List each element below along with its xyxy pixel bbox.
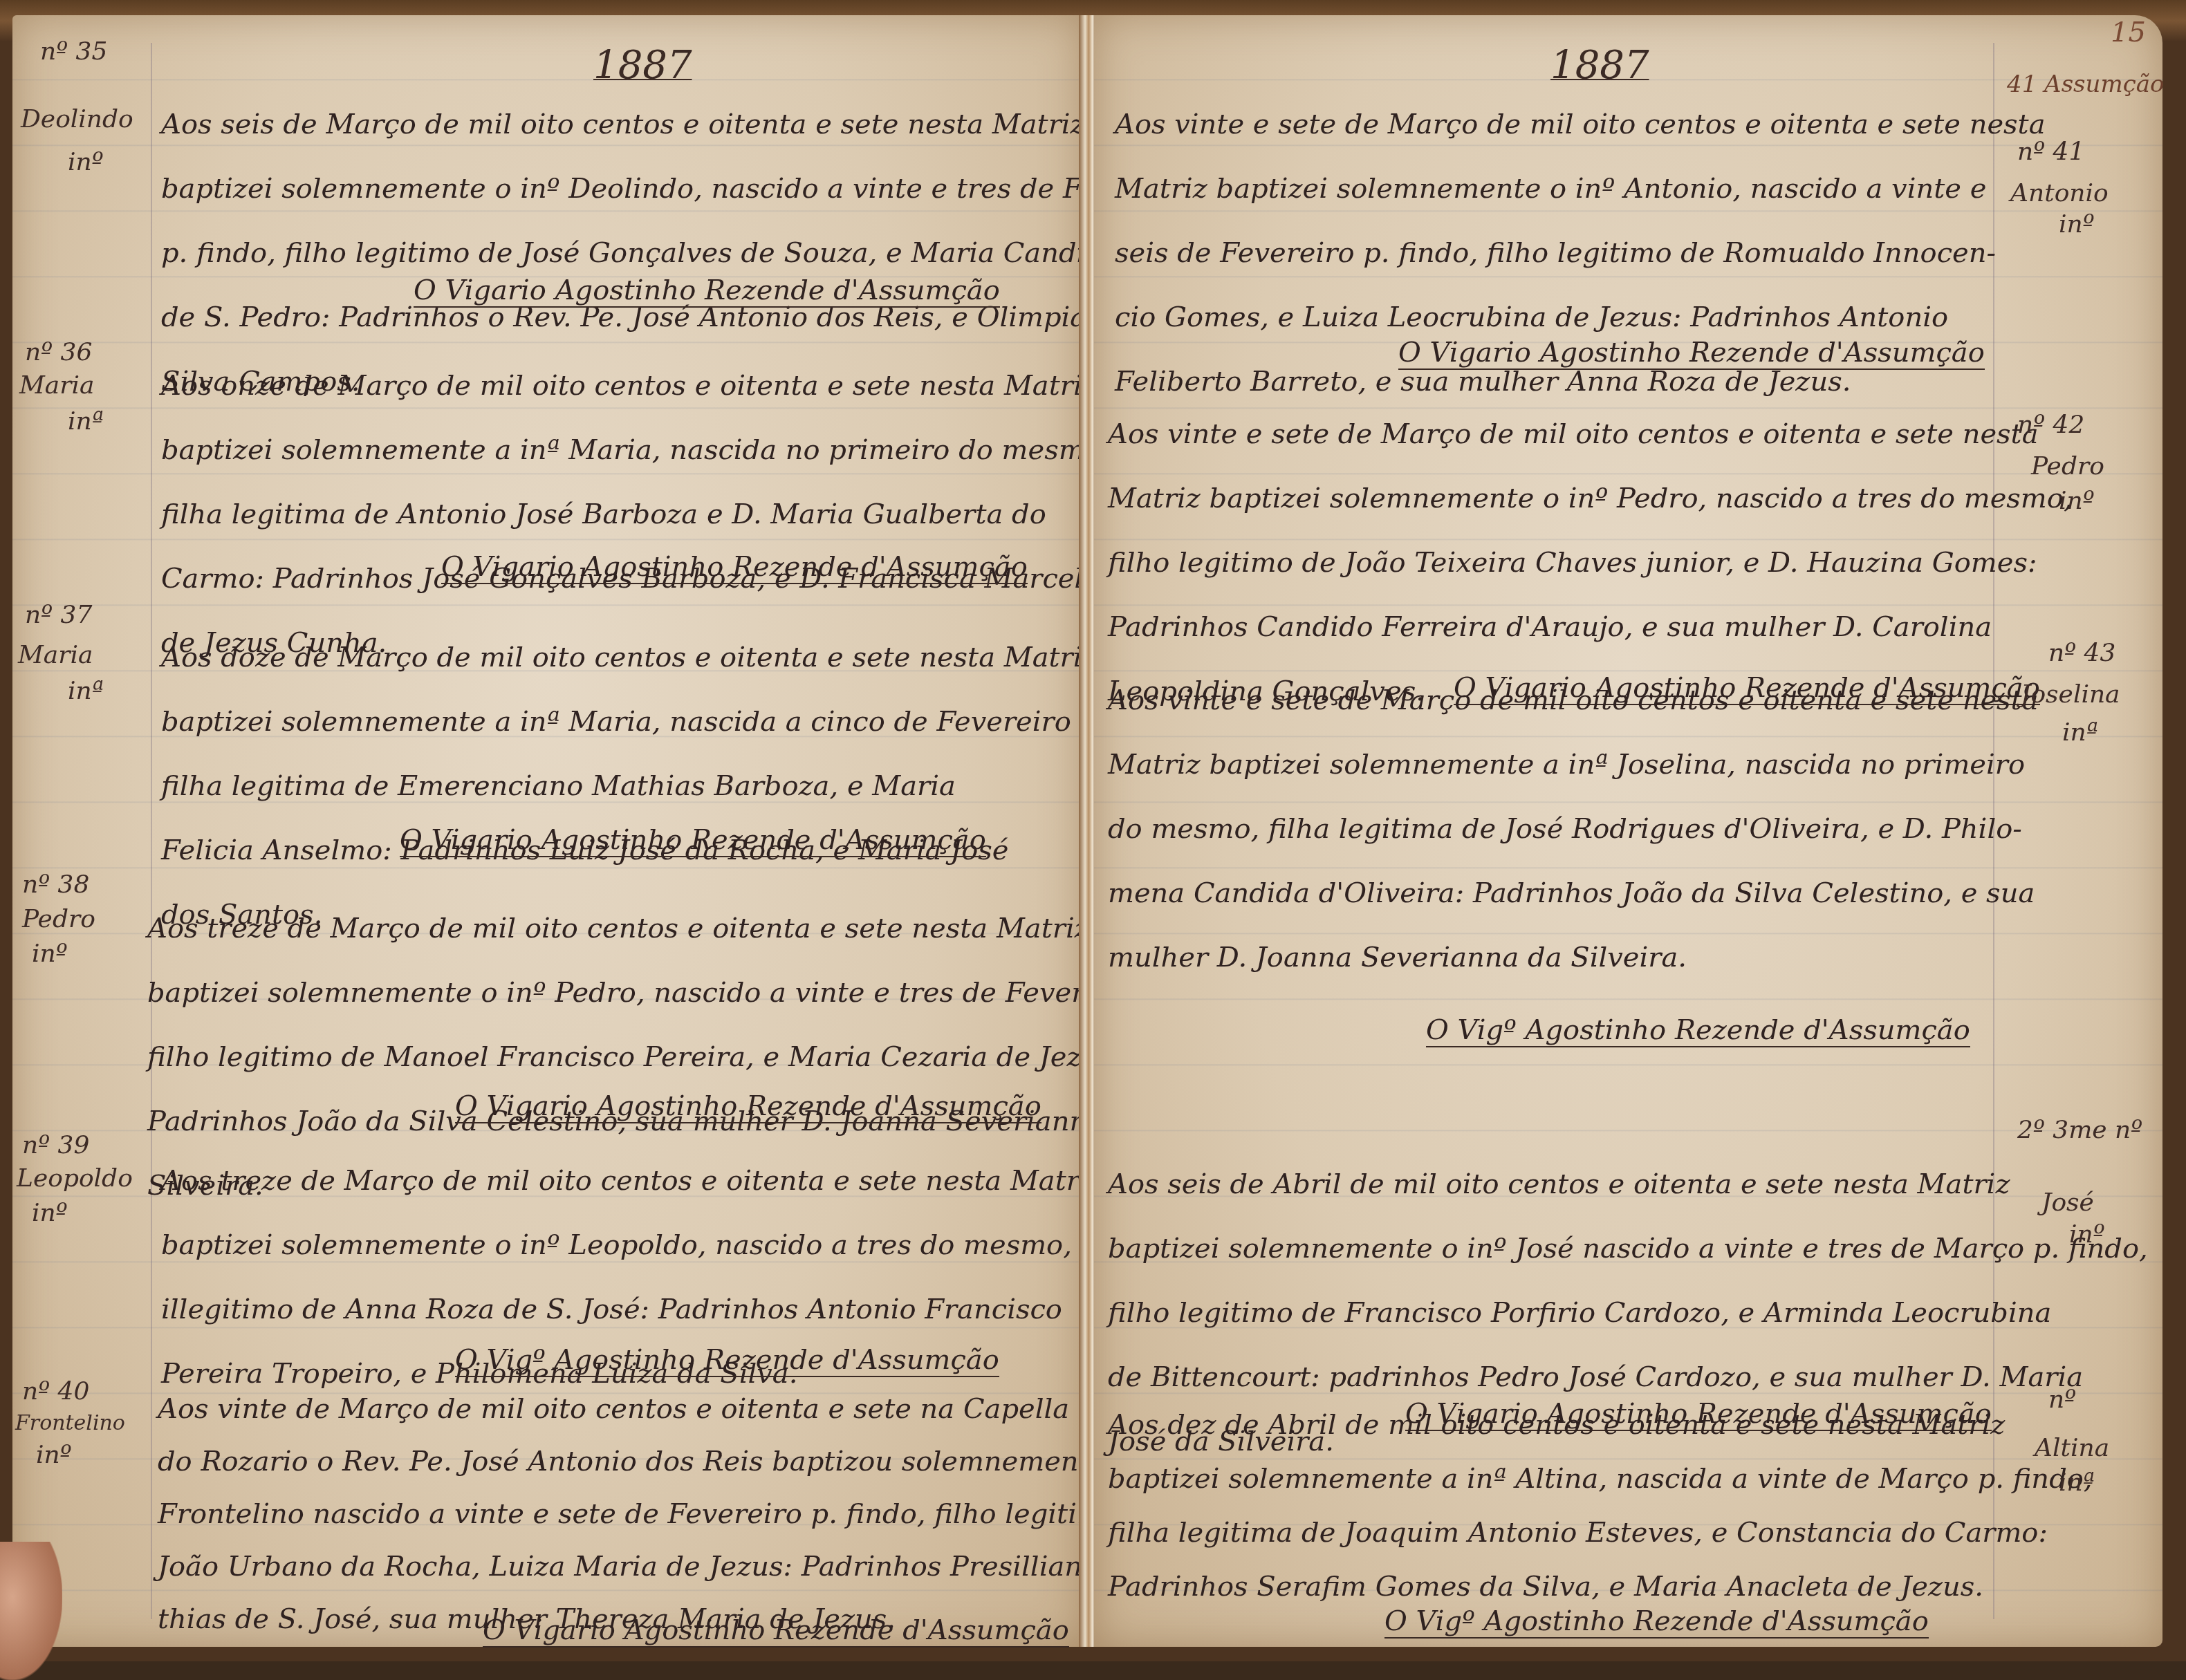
entry-status: inº bbox=[36, 1439, 72, 1471]
entry-line: Aos treze de Março de mil oito centos e … bbox=[161, 1149, 1142, 1213]
entry-line: mena Candida d'Oliveira: Padrinhos João … bbox=[1108, 861, 2039, 926]
entry-number: nº bbox=[2048, 1384, 2076, 1416]
year-header: 1887 bbox=[593, 43, 692, 88]
entry-line: baptizei solemnemente o inº Deolindo, na… bbox=[161, 157, 1197, 221]
entry-child-name: Maria bbox=[18, 640, 93, 671]
entry-status: inª bbox=[2062, 717, 2098, 749]
signature-text: O Vigario Agostinho Rezende d'Assumção bbox=[400, 824, 986, 857]
entry-number: 2º 3me nº bbox=[2017, 1114, 2142, 1146]
entry-number: nº 41 bbox=[2017, 136, 2084, 168]
right-page: 1887 15 41 Assumção Aos vinte e sete de … bbox=[1094, 15, 2162, 1647]
signature-text: O Vigario Agostinho Rezende d'Assumção bbox=[455, 1090, 1041, 1123]
entry-text: Aos vinte de Março de mil oito centos e … bbox=[158, 1383, 1180, 1645]
signature-text: O Vigº Agostinho Rezende d'Assumção bbox=[1384, 1605, 1929, 1639]
priest-signature: O Vigario Agostinho Rezende d'Assumção bbox=[455, 1090, 1041, 1122]
entry-status: inª bbox=[68, 406, 104, 438]
priest-signature: O Vigº Agostinho Rezende d'Assumção bbox=[1384, 1605, 1929, 1637]
entry-status: inº bbox=[2069, 1219, 2105, 1251]
year-header: 1887 bbox=[1550, 43, 1649, 88]
entry-status: inº bbox=[68, 147, 104, 178]
entry-line: Aos doze de Março de mil oito centos e o… bbox=[161, 626, 1194, 690]
priest-signature: O Vigario Agostinho Rezende d'Assumção bbox=[1398, 337, 1985, 368]
entry-number: nº 36 bbox=[25, 337, 92, 368]
entry-child-name: Frontelino bbox=[15, 1408, 125, 1439]
entry-child-name: Altina bbox=[2035, 1432, 2109, 1464]
entry-child-name: Leopoldo bbox=[17, 1163, 133, 1195]
entry-line: Aos onze de Março de mil oito centos e o… bbox=[161, 354, 1136, 418]
entry-line: filha legitima de Antonio José Barboza e… bbox=[161, 483, 1136, 547]
entry-line: do mesmo, filha legitima de José Rodrigu… bbox=[1108, 797, 2039, 861]
entry-child-name: Pedro bbox=[2031, 451, 2104, 483]
holding-finger bbox=[0, 1542, 62, 1661]
signature-text: O Vigario Agostinho Rezende d'Assumção bbox=[414, 274, 1000, 308]
entry-line: Aos seis de Março de mil oito centos e o… bbox=[161, 93, 1197, 157]
entry-number: nº 43 bbox=[2048, 637, 2115, 669]
entry-line: baptizei solemnemente o inº Leopoldo, na… bbox=[161, 1213, 1142, 1278]
entry-line: Padrinhos Candido Ferreira d'Araujo, e s… bbox=[1108, 595, 2073, 660]
entry-line: illegitimo de Anna Roza de S. José: Padr… bbox=[161, 1278, 1142, 1342]
priest-signature: O Vigario Agostinho Rezende d'Assumção bbox=[400, 824, 986, 856]
entry-line: filha legitima de Joaquim Antonio Esteve… bbox=[1108, 1506, 2093, 1560]
entry-line: Matriz baptizei solemnemente a inª Josel… bbox=[1108, 733, 2039, 797]
entry-status: inº bbox=[2059, 485, 2095, 517]
signature-text: O Vigº Agostinho Rezende d'Assumção bbox=[1426, 1014, 1970, 1047]
entry-child-name: Maria bbox=[19, 370, 95, 402]
entry-number: nº 42 bbox=[2017, 409, 2084, 441]
entry-child-name: Deolindo bbox=[21, 104, 133, 136]
entry-line: Aos vinte de Março de mil oito centos e … bbox=[158, 1383, 1180, 1435]
entry-text: Aos dez de Abril de mil oito centos e oi… bbox=[1108, 1398, 2093, 1614]
entry-child-name: Joselina bbox=[2021, 679, 2120, 711]
priest-signature: O Vigº Agostinho Rezende d'Assumção bbox=[455, 1344, 999, 1376]
margin-rule bbox=[151, 43, 152, 1619]
priest-signature: O Vigº Agostinho Rezende d'Assumção bbox=[1426, 1014, 1970, 1046]
entry-line: Matriz baptizei solemnemente o inº Anton… bbox=[1115, 157, 2046, 221]
entry-line: Aos vinte e sete de Março de mil oito ce… bbox=[1115, 93, 2046, 157]
entry-line: baptizei solemnemente a inª Altina, nasc… bbox=[1108, 1452, 2093, 1506]
left-page: 1887 nº 35 Deolindo inº Aos seis de Març… bbox=[12, 15, 1083, 1647]
entry-number: nº 40 bbox=[22, 1376, 89, 1408]
priest-signature: O Vigario Agostinho Rezende d'Assumção bbox=[441, 551, 1028, 583]
entry-line: filho legitimo de João Teixeira Chaves j… bbox=[1108, 531, 2073, 595]
open-register-book: 1887 nº 35 Deolindo inº Aos seis de Març… bbox=[0, 0, 2186, 1661]
entry-text: Aos vinte e sete de Março de mil oito ce… bbox=[1108, 669, 2039, 990]
folio-number: 15 bbox=[2111, 17, 2146, 48]
entry-status: inº bbox=[32, 938, 68, 970]
entry-line: baptizei solemnemente a inª Maria, nasci… bbox=[161, 418, 1136, 483]
entry-line: filho legitimo de Francisco Porfirio Car… bbox=[1108, 1281, 2148, 1345]
priest-signature: O Vigario Agostinho Rezende d'Assumção bbox=[414, 274, 1000, 306]
entry-number: nº 38 bbox=[22, 869, 89, 901]
entry-line: mulher D. Joanna Severianna da Silveira. bbox=[1108, 926, 2039, 990]
entry-number: nº 37 bbox=[25, 599, 92, 631]
entry-line: filha legitima de Emerenciano Mathias Ba… bbox=[161, 754, 1194, 819]
entry-number: nº 35 bbox=[40, 36, 107, 68]
entry-line: Aos vinte e sete de Março de mil oito ce… bbox=[1108, 669, 2039, 733]
entry-child-name: Antonio bbox=[2010, 178, 2109, 209]
priest-signature: O Vigario Agostinho Rezende d'Assumção bbox=[483, 1614, 1069, 1646]
entry-line: baptizei solemnemente a inª Maria, nasci… bbox=[161, 690, 1194, 754]
entry-line: Aos vinte e sete de Março de mil oito ce… bbox=[1108, 402, 2073, 467]
entry-status: inª bbox=[2059, 1467, 2095, 1499]
signature-text: O Vigario Agostinho Rezende d'Assumção bbox=[1398, 337, 1985, 370]
signature-text: O Vigario Agostinho Rezende d'Assumção bbox=[483, 1614, 1069, 1648]
entry-line: João Urbano da Rocha, Luiza Maria de Jez… bbox=[158, 1540, 1180, 1593]
entry-status: inº bbox=[32, 1197, 68, 1229]
entry-line: Matriz baptizei solemnemente o inº Pedro… bbox=[1108, 467, 2073, 531]
entry-line: Frontelino nascido a vinte e sete de Fev… bbox=[158, 1488, 1180, 1540]
entry-line: baptizei solemnemente o inº José nascido… bbox=[1108, 1217, 2148, 1281]
entry-child-name: Pedro bbox=[22, 904, 95, 935]
entry-child-name: José bbox=[2041, 1187, 2094, 1219]
entry-line: do Rozario o Rev. Pe. José Antonio dos R… bbox=[158, 1435, 1180, 1488]
entry-number: nº 39 bbox=[22, 1130, 89, 1161]
entry-line: seis de Fevereiro p. findo, filho legiti… bbox=[1115, 221, 2046, 286]
entry-status: inº bbox=[2059, 209, 2095, 241]
entry-line: Aos dez de Abril de mil oito centos e oi… bbox=[1108, 1398, 2093, 1452]
signature-text: O Vigario Agostinho Rezende d'Assumção bbox=[441, 551, 1028, 584]
entry-line: Aos seis de Abril de mil oito centos e o… bbox=[1108, 1152, 2148, 1217]
signature-text: O Vigº Agostinho Rezende d'Assumção bbox=[455, 1344, 999, 1377]
entry-status: inª bbox=[68, 675, 104, 707]
